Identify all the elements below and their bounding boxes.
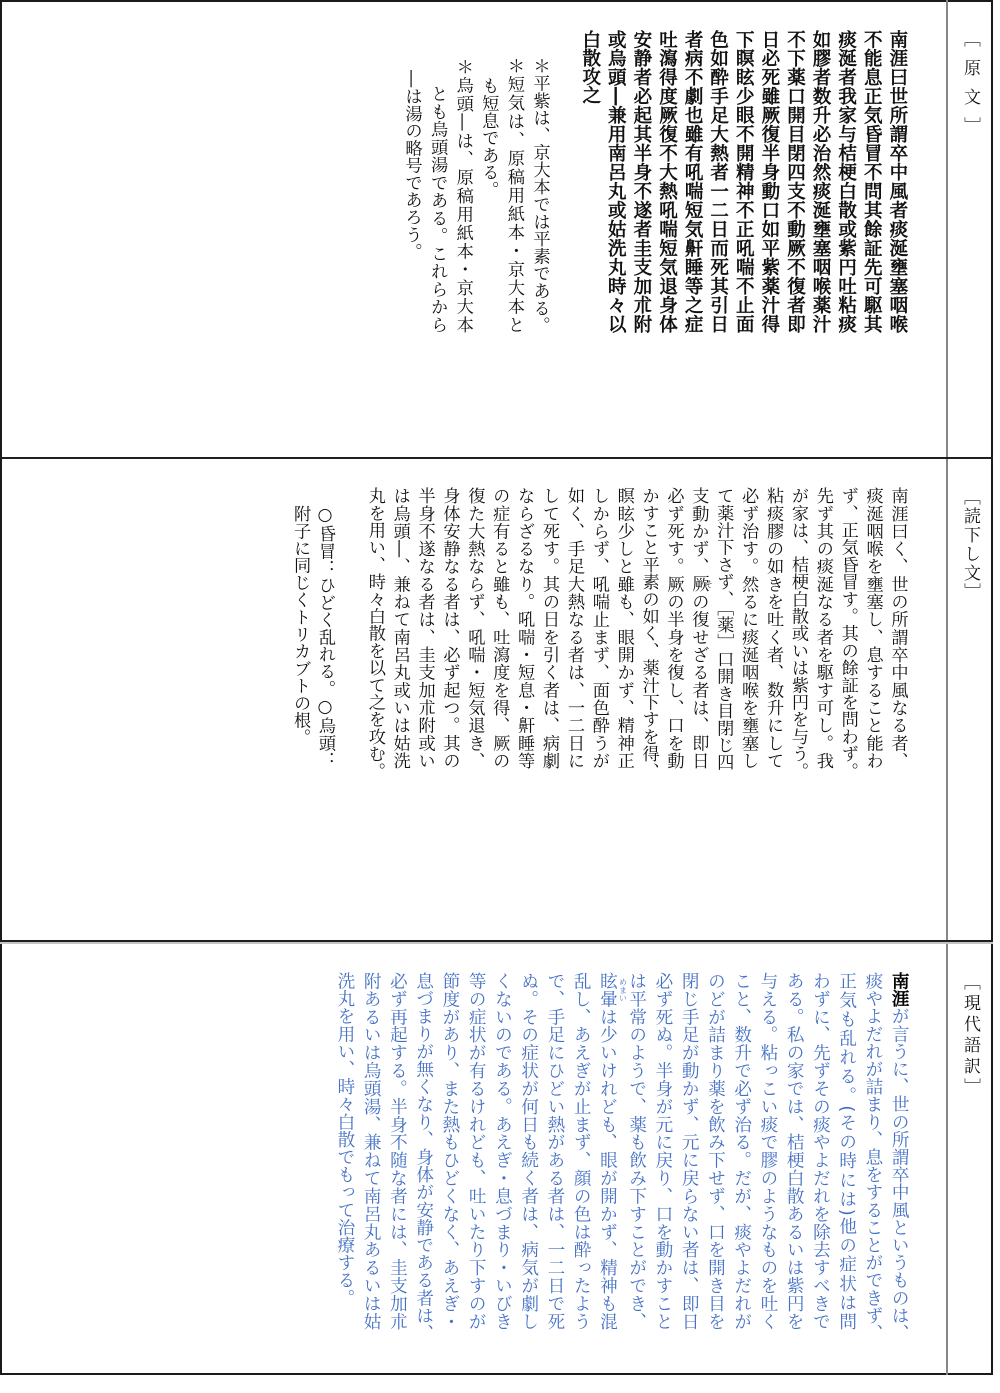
text-column: が家は、桔梗白散或いは紫円を与う。 [785,487,810,769]
yomikudashi-text-body: 南涯曰く、世の所謂卒中風なる者、 痰涎咽喉を壅塞し、息すること能わ ず、正気昏冒… [287,487,909,769]
text-column: は平常のようで、薬も飲み下すことができ、 [623,972,649,1330]
text-column: 正気も乱れる。(その時には)他の症状は問 [833,972,859,1330]
text-column: 節度があり、また熱もひどくなく、あえぎ・ [437,972,463,1330]
footnote-line: も短息である。 [475,30,501,333]
text-column: 閉じ手足が動かず、元に戻らない者は、即日 [676,972,702,1330]
section-divider [0,940,993,942]
footnote-line: とも烏頭湯である。これらから [424,30,450,333]
text-segment: の復せざる者は、即日 [688,593,708,769]
text-segment: は少いけれども、眼が開かず、精神も混 [597,1008,617,1330]
text-column: 南涯曰世所謂卒中風者痰涎壅塞咽喉 [884,30,910,333]
text-column: 必ず死す。厥の半身を復し、口を動 [661,487,686,769]
text-column: ならざるなり。吼喘・短息・鼾睡等 [511,487,536,769]
text-column: で、手足にひどい熱がある者は、一二日で死 [542,972,568,1330]
footnote-line: ＊烏頭―は、原稿用紙本・京大本 [449,30,475,333]
column-spacer [337,487,362,769]
text-column: 半身不遂なる者は、圭支加朮附或い [412,487,437,769]
text-column: 与える。粘っこい痰で膠のようなものを吐く [755,972,781,1330]
text-column: 吐瀉得度厥復不大熱吼喘短気退身体 [654,30,680,333]
text-column: 不下薬口開目閉四支不動厥不復者即 [782,30,808,333]
text-column: のどが詰まり薬を飲み下せず、口を開き目を [702,972,728,1330]
text-column: かすこと平素の如く、薬汁下すを得、 [636,487,661,769]
author-name-emphasis: 南涯 [889,972,909,1007]
text-column: 附あるいは烏頭湯、兼ねて南呂丸あるいは姑 [358,972,384,1330]
footnote-line: ＊平紫は、京大本では平素である。 [526,30,552,333]
text-column: 痰涎咽喉を壅塞し、息すること能わ [860,487,885,769]
column-spacer [552,30,578,333]
text-column: くないのである。あえぎ・息づまり・いびき [489,972,515,1330]
original-text-body: 南涯曰世所謂卒中風者痰涎壅塞咽喉 不能息正気昏冒不問其餘証先可駆其 痰涎者我家与… [398,30,910,333]
text-column: 如く、手足大熱なる者は、一二日に [561,487,586,769]
text-column: 安静者必起其半身不遂者圭支加朮附 [628,30,654,333]
text-segment: が言うに、世の所謂卒中風というものは、 [889,1007,909,1341]
footnote-line: ＊短気は、原稿用紙本・京大本と [500,30,526,333]
label-column-divider [946,0,948,1375]
text-column: は烏頭―、兼ねて南呂丸或いは姑洗 [387,487,412,769]
text-column: 粘痰膠の如きを吐く者、数升にして [760,487,785,769]
text-column: 痰涎者我家与桔梗白散或紫円吐粘痰 [833,30,859,333]
text-column: 先ず其の痰涎なる者を駆す可し。我 [810,487,835,769]
text-column: 身体安静なる者は、必ず起つ。其の [437,487,462,769]
text-column: 眩暈めまいは少いけれども、眼が開かず、精神も混 [594,972,623,1330]
text-column: 日必死雖厥復半身動口如平紫薬汁得 [756,30,782,333]
text-column: 色如酔手足大熱者一二日而死其引日 [705,30,731,333]
text-column: 復た大熱ならず、吼喘・短気退き、 [461,487,486,769]
text-column: 必ず治す。然るに痰涎咽喉を壅塞し [735,487,760,769]
ruby-reading: めまい [618,978,626,1002]
text-column: 必ず死ぬ。半身が元に戻り、口を動かすこと [650,972,676,1330]
text-column: 息づまりが無くなり、身体が安静である者は、 [410,972,436,1330]
footnote-line: ―は湯の略号であろう。 [398,30,424,333]
ruby-annotated-word: 眩暈めまい [597,972,617,1008]
text-column: 不能息正気昏冒不問其餘証先可駆其 [859,30,885,333]
glossary-note-line: ○昏冒：ひどく乱れる。○烏頭： [312,487,337,769]
text-column: 洗丸を用い、時々白散でもって治療する。 [332,972,358,1330]
text-column: て薬汁下さず、［薬］口開き目閉じ四 [710,487,735,769]
modern-translation-text-body: 南涯が言うに、世の所謂卒中風というものは、 痰やよだれが詰まり、息をすることがで… [332,972,913,1330]
ruby-annotated-word: 厥そ [688,575,708,593]
text-column: 如膠者数升必治然痰涎壅塞咽喉薬汁 [807,30,833,333]
text-column: こと、数升で必ず治る。だが、痰やよだれが [728,972,754,1330]
text-column: わずに、先ずその痰やよだれを除去すべきで [807,972,833,1330]
text-column: 乱し、あえぎが止まず、顔の色は酔ったよう [568,972,594,1330]
text-column: 白散攻之 [577,30,603,333]
section-label-original: ［原文］ [948,30,992,146]
section-label-modern-translation: ［現代語訳］ [948,973,992,1099]
text-column: ある。私の家では、桔梗白散あるいは紫円を [781,972,807,1330]
text-column: 丸を用い、時々白散を以て之を攻む。 [362,487,387,769]
text-column: 下瞑眩少眼不開精神不正吼喘不止面 [731,30,757,333]
glossary-note-line: 附子に同じくトリカブトの根。 [287,487,312,769]
text-column: ぬ。その症状が何日も続く者は、病気が劇し [515,972,541,1330]
text-column: 南涯が言うに、世の所謂卒中風というものは、 [886,972,912,1330]
text-segment: 支動かず、 [688,487,708,575]
text-column: 南涯曰く、世の所謂卒中風なる者、 [885,487,910,769]
ruby-reading: そ [704,580,712,588]
text-column: の症有ると雖も、吐瀉度を得、厥の [486,487,511,769]
text-column: して死す。其の日を引く者は、病劇 [536,487,561,769]
text-column: 者病不劇也雖有吼喘短気鼾睡等之症 [679,30,705,333]
section-divider [0,457,993,459]
text-column: しからず、吼喘止まず、面色酔うが [586,487,611,769]
text-column: 或烏頭―兼用南呂丸或姑洗丸時々以 [603,30,629,333]
section-label-yomikudashi: ［読下し文］ [948,488,992,602]
text-column: 瞑眩少しと雖も、眼開かず、精神正 [611,487,636,769]
ruby-base: 眩暈 [597,972,617,1008]
text-column: 必ず再起する。半身不随な者には、圭支加朮 [384,972,410,1330]
text-column: ず、正気昏冒す。其の餘証を問わず。 [835,487,860,769]
text-column: 支動かず、厥その復せざる者は、即日 [685,487,710,769]
text-column: 等の症状が有るけれども、吐いたり下すのが [463,972,489,1330]
text-column: 痰やよだれが詰まり、息をすることができず、 [860,972,886,1330]
